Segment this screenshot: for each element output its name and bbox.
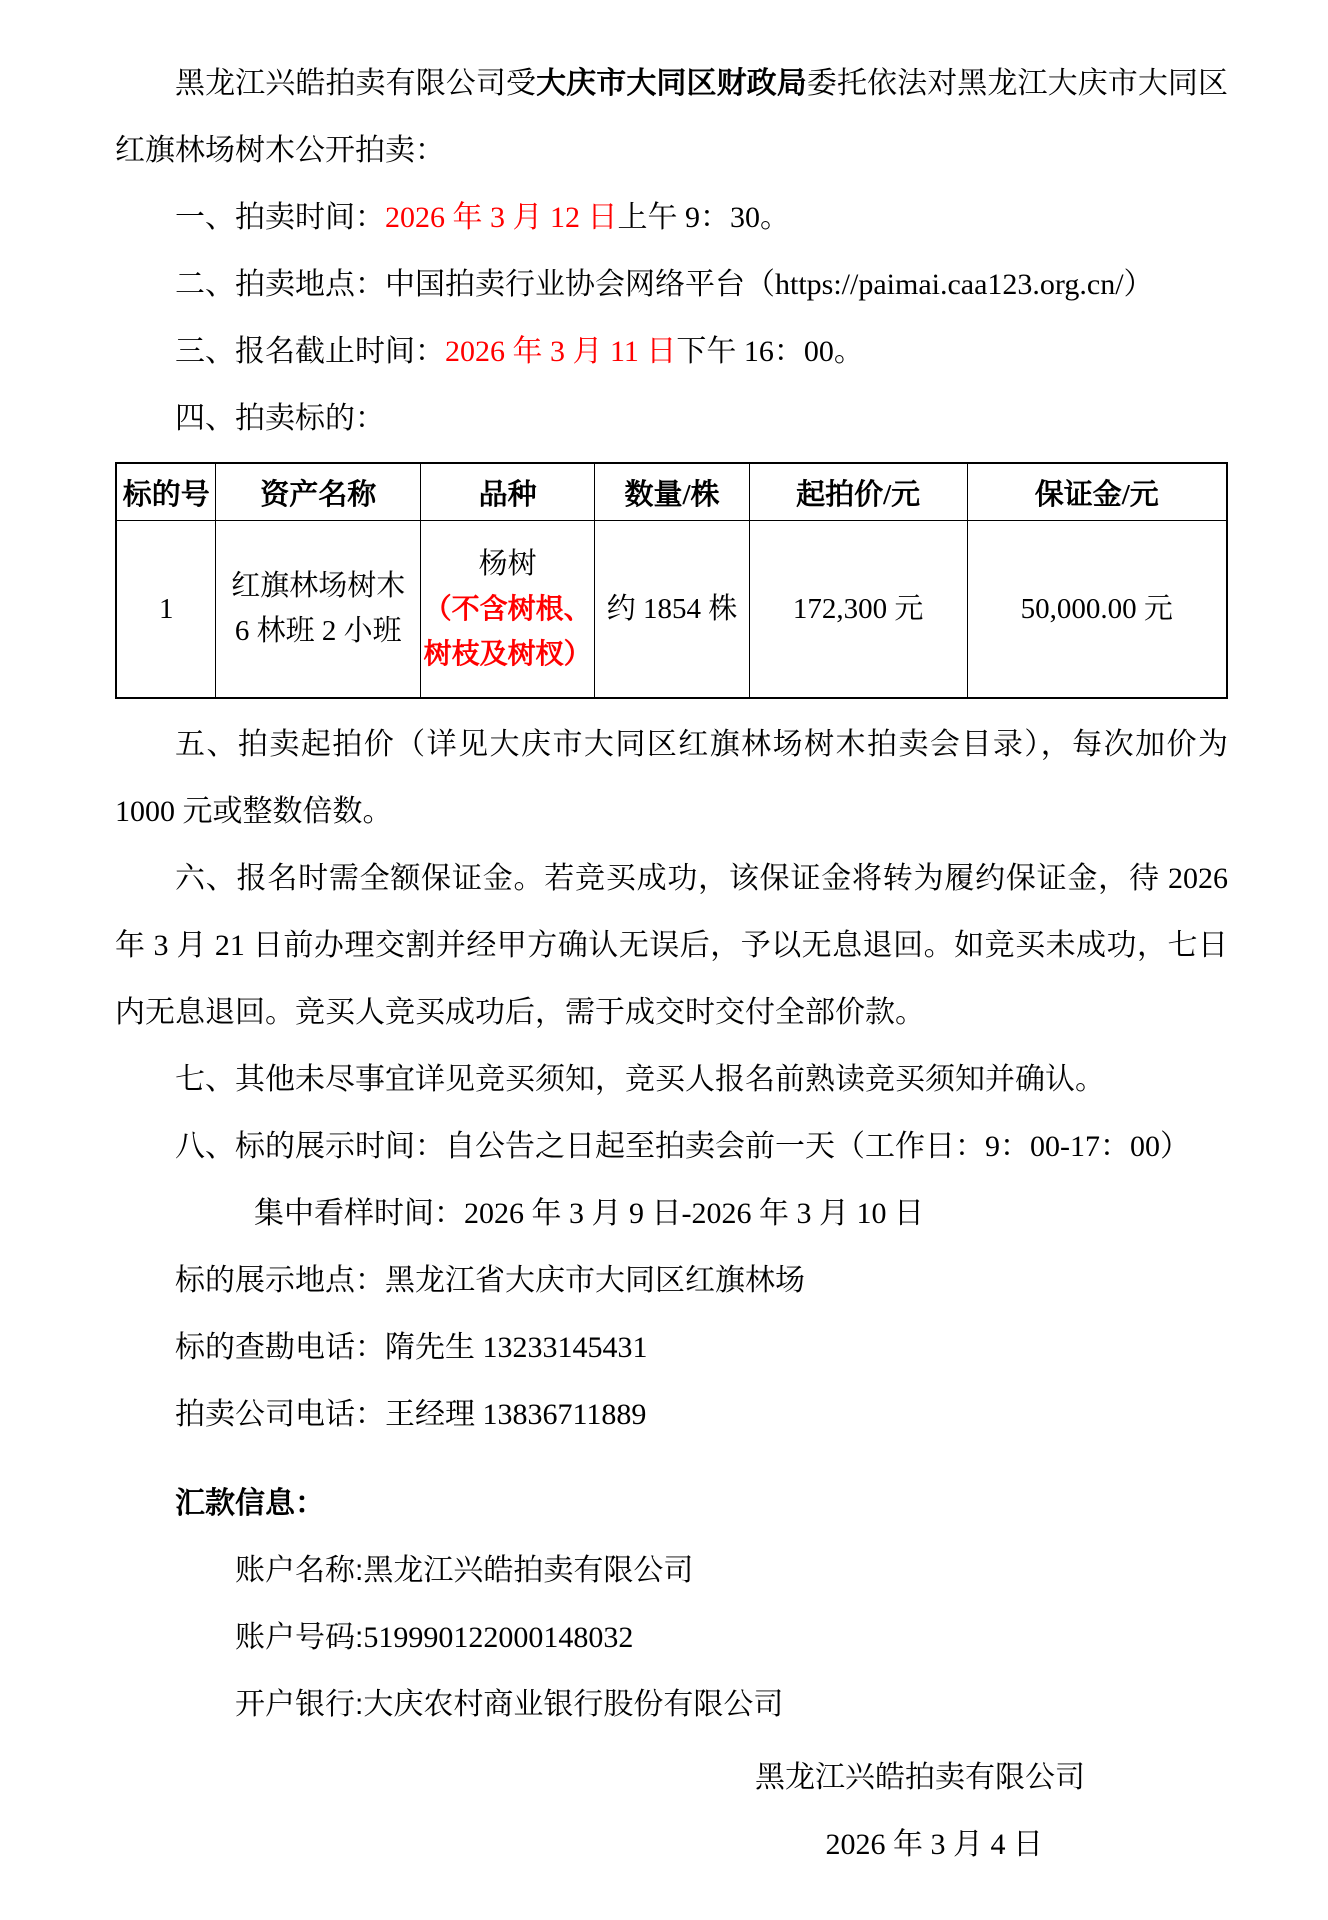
paragraph-other-matters: 七、其他未尽事宜详见竞买须知，竞买人报名前熟读竞买须知并确认。 [115, 1046, 1228, 1113]
item-registration-deadline-label: 三、报名截止时间： [175, 335, 445, 368]
cell-start-price: 172,300 元 [749, 521, 967, 699]
species-note-line1: （不含树根、 [423, 587, 592, 632]
remittance-row-bank: 开户银行:大庆农村商业银行股份有限公司 [115, 1671, 1228, 1738]
signature-date: 2026 年 3 月 4 日 [115, 1811, 1228, 1878]
deadline-date-red: 2026 年 3 月 11 日 [445, 335, 676, 368]
account-number-value: 519990122000148032 [363, 1621, 633, 1654]
cell-deposit: 50,000.00 元 [967, 521, 1227, 699]
col-header-deposit: 保证金/元 [967, 463, 1227, 521]
col-header-asset-name: 资产名称 [216, 463, 420, 521]
account-name-value: 黑龙江兴皓拍卖有限公司 [363, 1554, 693, 1587]
line-display-location: 标的展示地点：黑龙江省大庆市大同区红旗林场 [115, 1247, 1228, 1314]
item-auction-lots-heading: 四、拍卖标的： [115, 385, 1228, 452]
entrusting-authority: 大庆市大同区财政局 [536, 67, 807, 100]
paragraph-deposit-terms: 六、报名时需全额保证金。若竞买成功，该保证金将转为履约保证金，待 2026 年 … [115, 845, 1228, 1046]
line-survey-phone: 标的查勘电话：隋先生 13233145431 [115, 1314, 1228, 1381]
remittance-section: 汇款信息： 账户名称:黑龙江兴皓拍卖有限公司 账户号码:519990122000… [115, 1470, 1228, 1738]
auction-date-red: 2026 年 3 月 12 日 [385, 201, 618, 234]
item-registration-deadline-tail: 下午 16：00。 [676, 335, 864, 368]
remittance-row-account-number: 账户号码:519990122000148032 [115, 1604, 1228, 1671]
item-auction-time-label: 一、拍卖时间： [175, 201, 385, 234]
table-row: 1 红旗林场树木 6 林班 2 小班 杨树 （不含树根、 树枝及树杈） 约 18… [116, 521, 1227, 699]
lots-table-header-row: 标的号 资产名称 品种 数量/株 起拍价/元 保证金/元 [116, 463, 1227, 521]
auction-announcement-page: 黑龙江兴皓拍卖有限公司受大庆市大同区财政局委托依法对黑龙江大庆市大同区红旗林场树… [0, 0, 1328, 1878]
bank-label: 开户银行: [175, 1671, 363, 1738]
account-number-label: 账户号码: [175, 1604, 363, 1671]
remittance-row-account-name: 账户名称:黑龙江兴皓拍卖有限公司 [115, 1537, 1228, 1604]
item-auction-time-tail: 上午 9：30。 [618, 201, 791, 234]
species-name: 杨树 [423, 542, 592, 587]
bank-value: 大庆农村商业银行股份有限公司 [363, 1688, 783, 1721]
cell-lot-no: 1 [116, 521, 216, 699]
account-name-label: 账户名称: [175, 1537, 363, 1604]
intro-lead: 黑龙江兴皓拍卖有限公司受 [175, 67, 536, 100]
col-header-species: 品种 [420, 463, 594, 521]
lots-table: 标的号 资产名称 品种 数量/株 起拍价/元 保证金/元 1 红旗林场树木 6 … [115, 462, 1228, 699]
paragraph-starting-price: 五、拍卖起拍价（详见大庆市大同区红旗林场树木拍卖会目录），每次加价为 1000 … [115, 711, 1228, 845]
col-header-lot-no: 标的号 [116, 463, 216, 521]
asset-name-line2: 6 林班 2 小班 [218, 609, 417, 654]
line-sampling-time: 集中看样时间：2026 年 3 月 9 日-2026 年 3 月 10 日 [115, 1180, 1228, 1247]
paragraph-display-time: 八、标的展示时间：自公告之日起至拍卖会前一天（工作日：9：00-17：00） [115, 1113, 1228, 1180]
cell-species: 杨树 （不含树根、 树枝及树杈） [420, 521, 594, 699]
line-company-phone: 拍卖公司电话：王经理 13836711889 [115, 1381, 1228, 1448]
intro-paragraph: 黑龙江兴皓拍卖有限公司受大庆市大同区财政局委托依法对黑龙江大庆市大同区红旗林场树… [115, 50, 1228, 184]
col-header-quantity: 数量/株 [595, 463, 749, 521]
asset-name-line1: 红旗林场树木 [218, 564, 417, 609]
item-auction-venue-text: 二、拍卖地点：中国拍卖行业协会网络平台（https://paimai.caa12… [175, 268, 1154, 301]
col-header-start-price: 起拍价/元 [749, 463, 967, 521]
item-auction-lots-heading-text: 四、拍卖标的： [175, 402, 385, 435]
species-note-line2: 树枝及树杈） [423, 632, 592, 677]
cell-quantity: 约 1854 株 [595, 521, 749, 699]
cell-asset-name: 红旗林场树木 6 林班 2 小班 [216, 521, 420, 699]
remittance-title: 汇款信息： [115, 1470, 1228, 1537]
item-registration-deadline: 三、报名截止时间：2026 年 3 月 11 日下午 16：00。 [115, 318, 1228, 385]
item-auction-venue: 二、拍卖地点：中国拍卖行业协会网络平台（https://paimai.caa12… [115, 251, 1228, 318]
item-auction-time: 一、拍卖时间：2026 年 3 月 12 日上午 9：30。 [115, 184, 1228, 251]
signature-company: 黑龙江兴皓拍卖有限公司 [115, 1744, 1228, 1811]
